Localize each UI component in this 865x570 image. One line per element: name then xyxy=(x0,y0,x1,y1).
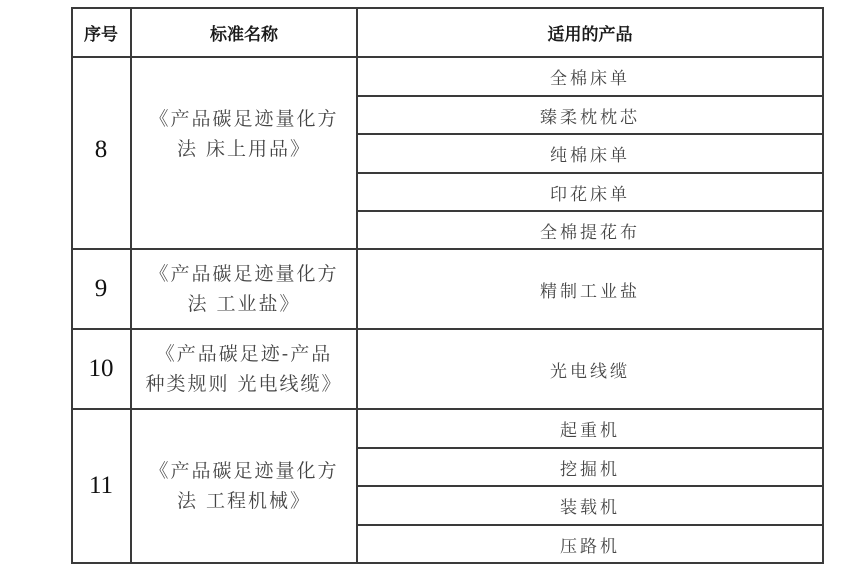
standard-name-line: 《产品碳足迹量化方 xyxy=(149,259,338,289)
product-cell: 挖掘机 xyxy=(358,449,822,485)
product-cell: 纯棉床单 xyxy=(358,135,822,172)
row-index: 10 xyxy=(72,330,130,408)
product-cell: 装载机 xyxy=(358,487,822,524)
standard-name: 《产品碳足迹量化方 法 工业盐》 xyxy=(132,250,356,328)
standard-name-line: 法 床上用品》 xyxy=(177,134,311,164)
product-cell: 起重机 xyxy=(358,410,822,447)
product-cell: 臻柔枕枕芯 xyxy=(358,97,822,133)
row-index: 8 xyxy=(72,58,130,248)
standard-name-line: 《产品碳足迹量化方 xyxy=(149,104,338,134)
standard-name: 《产品碳足迹量化方 法 工程机械》 xyxy=(132,410,356,562)
standard-name-line: 种类规则 光电线缆》 xyxy=(145,369,342,399)
header-index: 序号 xyxy=(72,9,130,56)
standard-name: 《产品碳足迹量化方 法 床上用品》 xyxy=(132,58,356,188)
header-applicable-products: 适用的产品 xyxy=(358,9,822,56)
header-standard-name: 标准名称 xyxy=(132,9,356,56)
product-cell: 光电线缆 xyxy=(358,330,822,408)
product-cell: 全棉提花布 xyxy=(358,212,822,248)
row-index: 9 xyxy=(72,250,130,328)
table-border-bottom xyxy=(71,562,824,564)
standard-name-line: 《产品碳足迹-产品 xyxy=(156,339,332,369)
standard-name-line: 法 工程机械》 xyxy=(177,486,311,516)
row-index: 11 xyxy=(72,410,130,562)
standard-name: 《产品碳足迹-产品 种类规则 光电线缆》 xyxy=(132,330,356,408)
product-cell: 印花床单 xyxy=(358,174,822,210)
product-cell: 压路机 xyxy=(358,526,822,562)
standard-name-line: 法 工业盐》 xyxy=(187,289,300,319)
table-border-right xyxy=(822,8,824,564)
product-cell: 全棉床单 xyxy=(358,58,822,95)
product-cell: 精制工业盐 xyxy=(358,250,822,328)
standard-name-line: 《产品碳足迹量化方 xyxy=(149,456,338,486)
